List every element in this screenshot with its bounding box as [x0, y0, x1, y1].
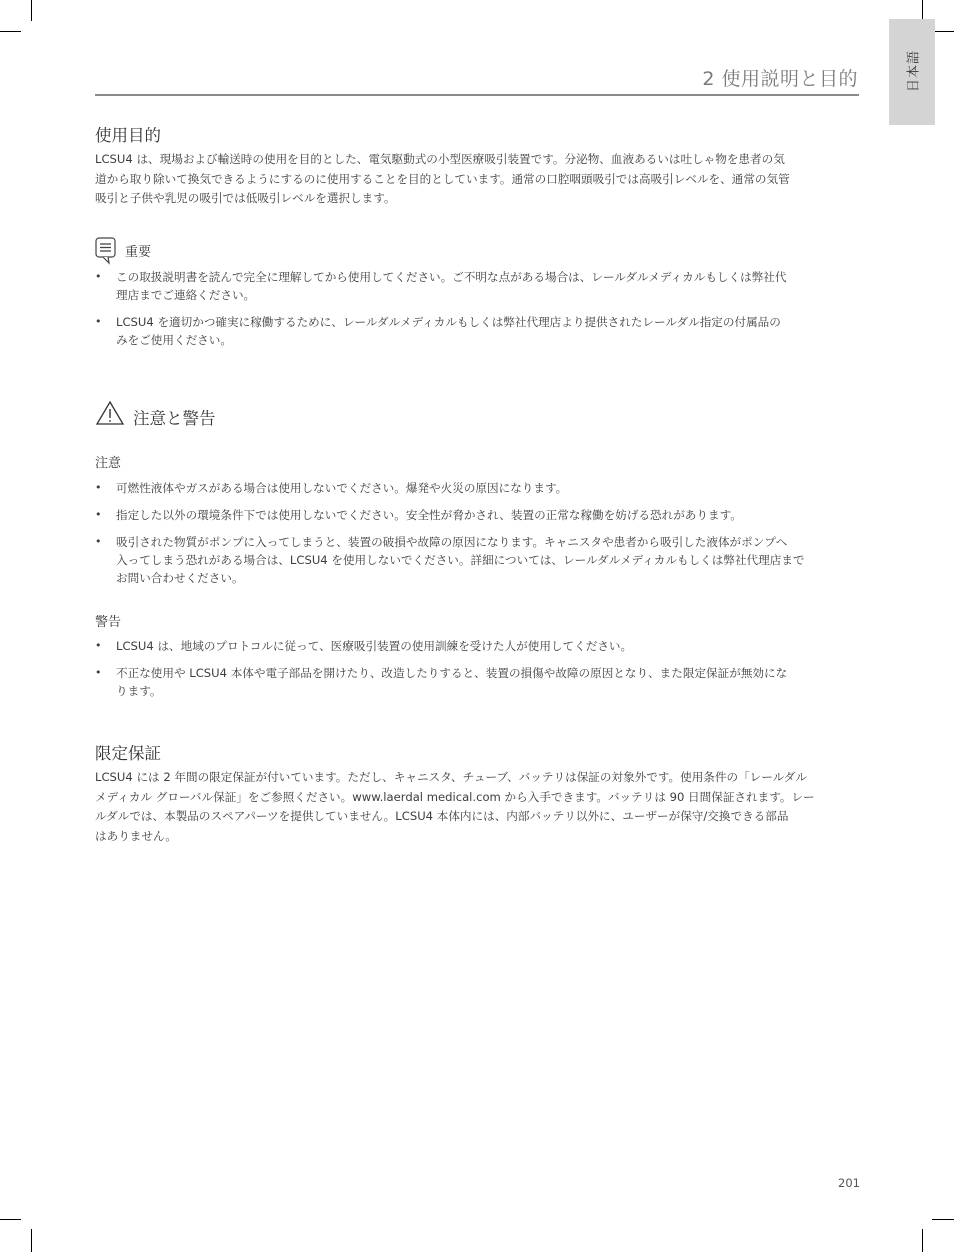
chapter-title: 2 使用説明と目的	[702, 64, 858, 91]
list-item: • 不正な使用や LCSU4 本体や電子部品を開けたり、改造したりすると、装置の…	[95, 664, 860, 700]
note-icon	[95, 237, 117, 265]
warning-list: • LCSU4 は、地域のプロトコルに従って、医療吸引装置の使用訓練を受けた人が…	[95, 637, 860, 700]
text-line: 道から取り除いて換気できるようにするのに使用することを目的としています。通常の口…	[95, 170, 860, 190]
crop-mark	[922, 1229, 923, 1252]
text-line: ります。	[116, 682, 860, 700]
bullet: •	[95, 533, 102, 551]
text-line: 不正な使用や LCSU4 本体や電子部品を開けたり、改造したりすると、装置の損傷…	[116, 664, 860, 682]
warning-heading: 警告	[95, 611, 121, 630]
text-line: お問い合わせください。	[116, 569, 860, 587]
header-divider	[95, 94, 859, 96]
important-list: • この取扱説明書を読んで完全に理解してから使用してください。ご不明な点がある場…	[95, 268, 860, 349]
crop-mark	[0, 1219, 21, 1220]
text-line: LCSU4 には 2 年間の限定保証が付いています。ただし、キャニスタ、チューブ…	[95, 768, 860, 788]
bullet: •	[95, 506, 102, 524]
crop-mark	[0, 31, 21, 32]
warning-triangle-icon	[95, 400, 125, 426]
crop-mark	[932, 1219, 954, 1220]
text-line: LCSU4 は、現場および輸送時の使用を目的とした、電気駆動式の小型医療吸引装置…	[95, 150, 860, 170]
text-line: 指定した以外の環境条件下では使用しないでください。安全性が脅かされ、装置の正常な…	[116, 506, 860, 524]
intended-use-heading: 使用目的	[95, 122, 161, 146]
text-line: 吸引と子供や乳児の吸引では低吸引レベルを選択します。	[95, 189, 860, 209]
text-line: この取扱説明書を読んで完全に理解してから使用してください。ご不明な点がある場合は…	[116, 268, 860, 286]
cautions-warnings-heading: 注意と警告	[133, 405, 216, 429]
text-line: みをご使用ください。	[116, 331, 860, 349]
list-item: • LCSU4 は、地域のプロトコルに従って、医療吸引装置の使用訓練を受けた人が…	[95, 637, 860, 655]
bullet: •	[95, 637, 102, 655]
crop-mark	[922, 0, 923, 21]
caution-list: • 可燃性液体やガスがある場合は使用しないでください。爆発や火災の原因になります…	[95, 479, 860, 587]
text-line: はありません。	[95, 827, 860, 847]
intended-use-paragraph: LCSU4 は、現場および輸送時の使用を目的とした、電気駆動式の小型医療吸引装置…	[95, 150, 860, 209]
text-line: LCSU4 は、地域のプロトコルに従って、医療吸引装置の使用訓練を受けた人が使用…	[116, 637, 860, 655]
important-heading: 重要	[125, 241, 151, 260]
page-number: 201	[838, 1176, 860, 1190]
language-tab: 日本語	[889, 19, 935, 125]
list-item: • LCSU4 を適切かつ確実に稼働するために、レールダルメディカルもしくは弊社…	[95, 313, 860, 349]
list-item: • 吸引された物質がポンプに入ってしまうと、装置の破損や故障の原因になります。キ…	[95, 533, 860, 587]
bullet: •	[95, 268, 102, 286]
text-line: メディカル グローバル保証」をご参照ください。www.laerdal medic…	[95, 788, 860, 808]
warranty-paragraph: LCSU4 には 2 年間の限定保証が付いています。ただし、キャニスタ、チューブ…	[95, 768, 860, 846]
list-item: • 可燃性液体やガスがある場合は使用しないでください。爆発や火災の原因になります…	[95, 479, 860, 497]
list-item: • この取扱説明書を読んで完全に理解してから使用してください。ご不明な点がある場…	[95, 268, 860, 304]
text-line: 入ってしまう恐れがある場合は、LCSU4 を使用しないでください。詳細については…	[116, 551, 860, 569]
warranty-heading: 限定保証	[95, 740, 161, 764]
text-line: ルダルでは、本製品のスペアパーツを提供していません。LCSU4 本体内には、内部…	[95, 807, 860, 827]
crop-mark	[932, 31, 954, 32]
bullet: •	[95, 664, 102, 682]
bullet: •	[95, 313, 102, 331]
text-line: 理店までご連絡ください。	[116, 286, 860, 304]
bullet: •	[95, 479, 102, 497]
crop-mark	[31, 0, 32, 21]
text-line: 可燃性液体やガスがある場合は使用しないでください。爆発や火災の原因になります。	[116, 479, 860, 497]
crop-mark	[31, 1229, 32, 1252]
language-tab-label: 日本語	[903, 50, 922, 92]
text-line: 吸引された物質がポンプに入ってしまうと、装置の破損や故障の原因になります。キャニ…	[116, 533, 860, 551]
caution-heading: 注意	[95, 452, 121, 471]
list-item: • 指定した以外の環境条件下では使用しないでください。安全性が脅かされ、装置の正…	[95, 506, 860, 524]
text-line: LCSU4 を適切かつ確実に稼働するために、レールダルメディカルもしくは弊社代理…	[116, 313, 860, 331]
